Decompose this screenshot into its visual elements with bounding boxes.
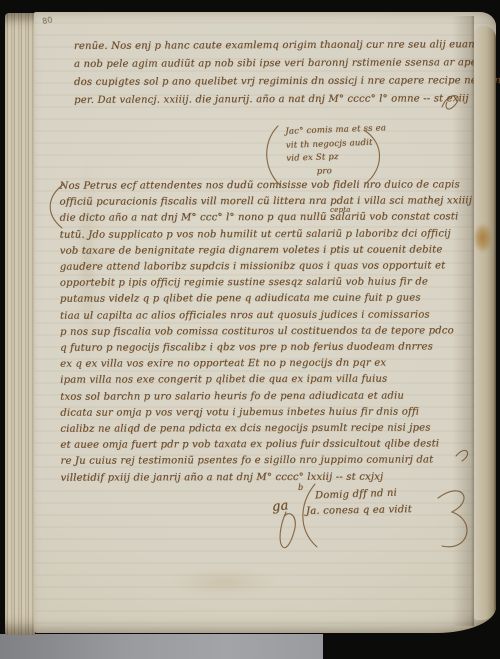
text-line: gaudere attend laboribz supdcis i missio… bbox=[60, 258, 473, 276]
notary-paraph-mark: ga bbox=[271, 498, 289, 515]
preamble-paragraph: renũe. Nos enj p hanc caute examlemq ori… bbox=[74, 36, 500, 110]
notarial-small-mark: b bbox=[298, 483, 303, 492]
text-line: cialibz ne aliqd de pena pdicta ex dcis … bbox=[60, 420, 473, 438]
faint-pencil-mark: 80 bbox=[41, 15, 53, 26]
text-line: opportebit p ipis officij regimie sustin… bbox=[60, 274, 473, 292]
text-line: villetidif pxiij die janrij año a nat dn… bbox=[60, 469, 473, 487]
text-line: ipam villa nos exe congerit p qlibet die… bbox=[60, 372, 473, 390]
text-line: p nos sup fiscalia vob comissa costituro… bbox=[60, 323, 473, 341]
text-line: a nob pele agim audiũt ap nob sibi ipse … bbox=[74, 54, 500, 74]
text-line: renũe. Nos enj p hanc caute examlemq ori… bbox=[74, 36, 500, 56]
table-surface bbox=[0, 634, 323, 659]
paper-smudge bbox=[154, 564, 294, 600]
facing-page-edge bbox=[474, 26, 496, 620]
text-line: dos cupigtes sol p ano quelibet vrj regi… bbox=[74, 72, 500, 92]
text-line: per. Dat valencj. xxiiij. die janurij. a… bbox=[74, 90, 500, 110]
text-line: dicata sur omja p vos verqj votu i jubem… bbox=[60, 404, 473, 422]
paraph-descender-flourish bbox=[280, 512, 295, 548]
text-line: tiaa ul capilta ac alios officiales nros… bbox=[60, 307, 473, 325]
main-entry-paragraph: Nos Petrus ecf attendentes nos dudũ comi… bbox=[59, 177, 473, 486]
text-line: die dicto año a nat dnj M° ccc° l° nono … bbox=[60, 210, 473, 228]
text-line: Nos Petrus ecf attendentes nos dudũ comi… bbox=[59, 177, 472, 195]
text-line: q futuro p negocijs fiscalibz i qbz vos … bbox=[60, 339, 473, 357]
manuscript-page: 80 renũe. Nos enj p hanc caute examlemq … bbox=[34, 12, 496, 633]
text-line: re Ju cuius rej testimoniũ psentes fo e … bbox=[60, 453, 473, 471]
text-line: et auee omja fuert pdr p vob taxata ex p… bbox=[60, 437, 473, 455]
gutter-shadow bbox=[452, 16, 474, 626]
text-line: officiũ pcuracionis fiscalis vill morell… bbox=[60, 193, 473, 211]
ink-stain bbox=[470, 218, 496, 258]
signature-line: Domig dff nd ni bbox=[315, 488, 397, 502]
text-line: txos sol barchn p uro salario heuris fo … bbox=[60, 388, 473, 406]
signature-line: Ja. conesa q ea vidit bbox=[306, 504, 412, 517]
text-line: putamus videlz q p qlibet die pene q adi… bbox=[60, 291, 473, 309]
manuscript-photo: 80 renũe. Nos enj p hanc caute examlemq … bbox=[0, 0, 500, 659]
text-line: ex q ex villa vos exire no opporteat Et … bbox=[60, 356, 473, 374]
text-line: tutũ. Jdo supplicato p vos nob humilit u… bbox=[60, 226, 473, 244]
fore-edge-leaf-stack bbox=[5, 13, 35, 635]
registration-margin-note: Jac° comis ma et ss ea vit th negocjs au… bbox=[285, 122, 388, 179]
text-line: vob taxare de benignitate regia dignarem… bbox=[60, 242, 473, 260]
